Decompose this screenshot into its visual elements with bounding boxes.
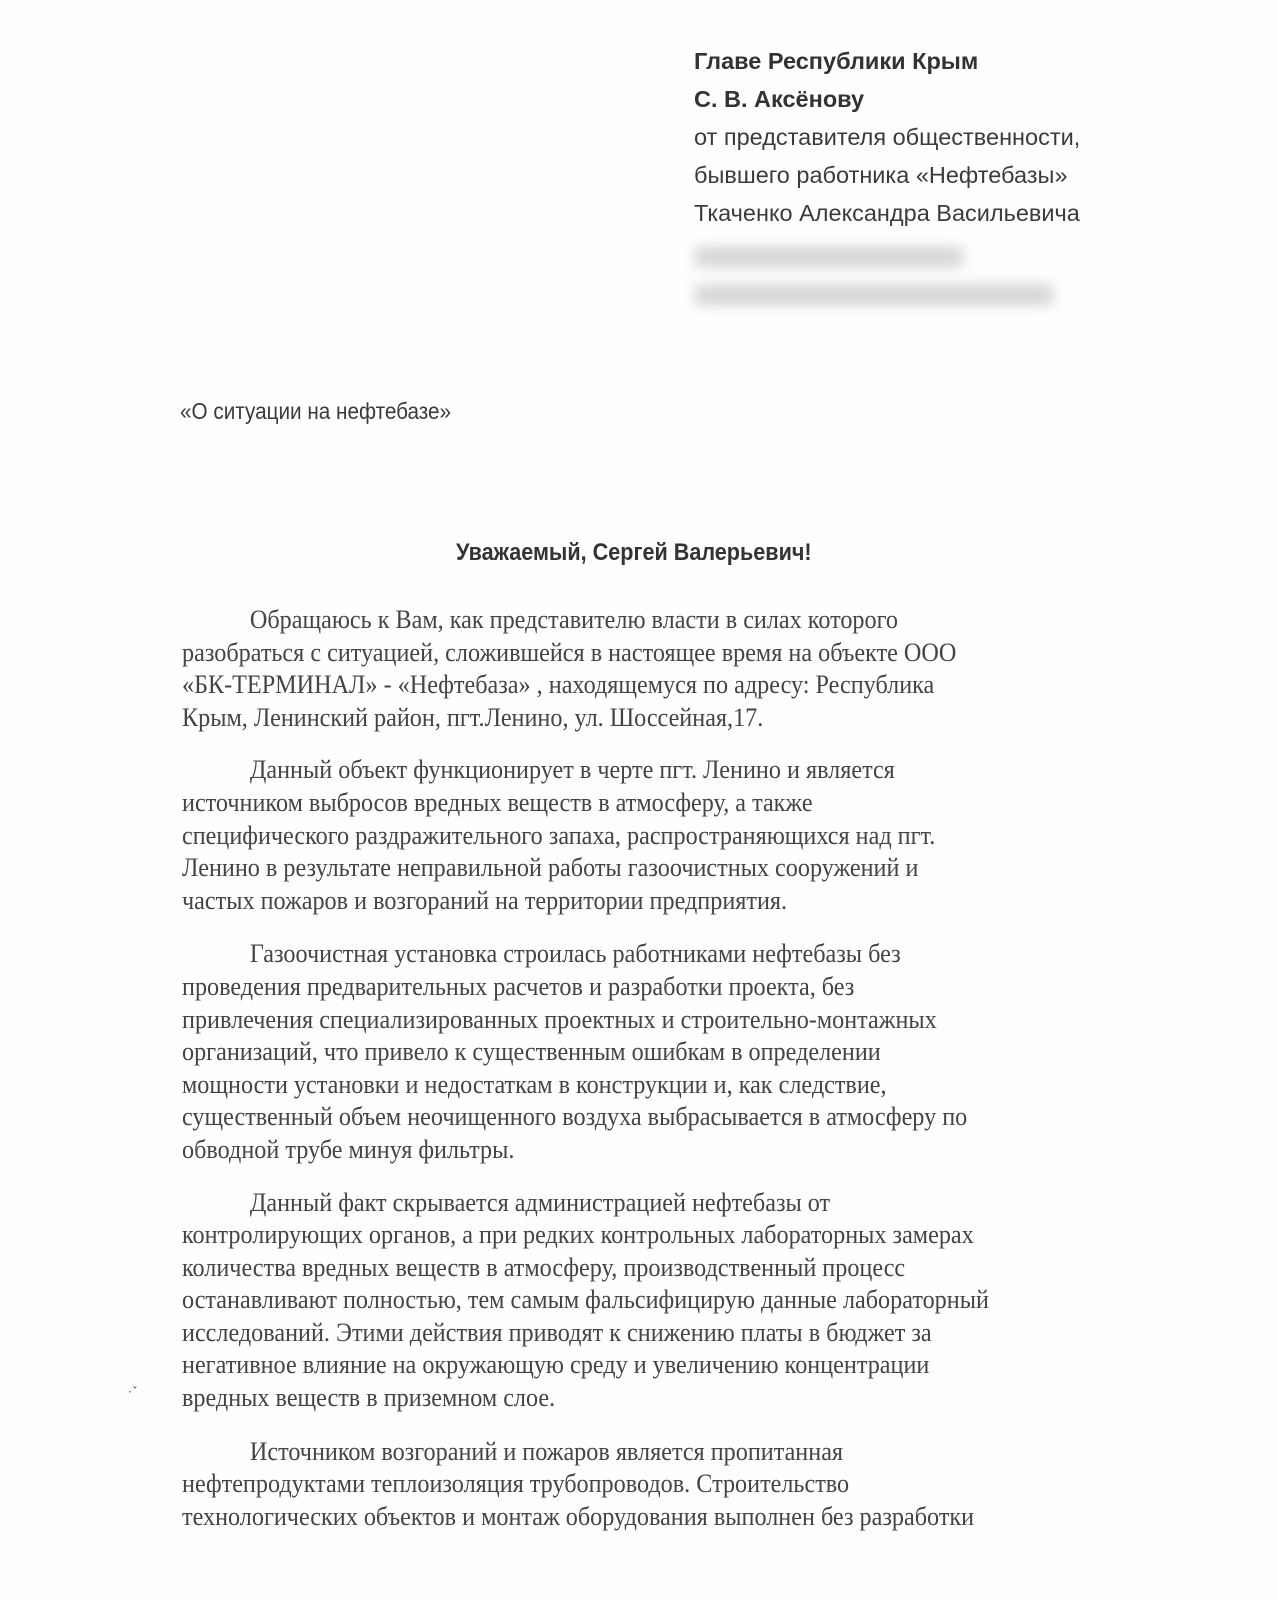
text-line: количества вредных веществ в атмосферу, …	[182, 1252, 1075, 1285]
text-line: останавливают полностью, тем самым фальс…	[182, 1284, 1075, 1317]
text-line: Источником возгораний и пожаров является…	[182, 1436, 1075, 1469]
addressee-name: С. В. Аксёнову	[694, 80, 1254, 118]
text-line: привлечения специализированных проектных…	[182, 1004, 1075, 1037]
paragraph-4: Данный факт скрывается администрацией не…	[182, 1187, 1142, 1415]
sender-name: Ткаченко Александра Васильевича	[694, 194, 1254, 232]
redacted-phone	[694, 246, 964, 268]
addressee-block: Главе Республики Крым С. В. Аксёнову от …	[694, 42, 1254, 306]
text-line: проведения предварительных расчетов и ра…	[182, 971, 1075, 1004]
redacted-email	[694, 284, 1054, 306]
text-line: исследований. Этими действия приводят к …	[182, 1317, 1075, 1350]
paragraph-5: Источником возгораний и пожаров является…	[182, 1436, 1142, 1534]
text-line: частых пожаров и возгораний на территори…	[182, 885, 1075, 918]
text-line: технологических объектов и монтаж оборуд…	[182, 1501, 1075, 1534]
text-line: контролирующих органов, а при редких кон…	[182, 1219, 1075, 1252]
text-line: организаций, что привело к существенным …	[182, 1036, 1075, 1069]
text-line: Данный объект функционирует в черте пгт.…	[182, 754, 1075, 787]
paragraph-2: Данный объект функционирует в черте пгт.…	[182, 754, 1142, 917]
text-line: Ленино в результате неправильной работы …	[182, 852, 1075, 885]
sender-role-detail: бывшего работника «Нефтебазы»	[694, 156, 1254, 194]
text-line: Обращаюсь к Вам, как представителю власт…	[182, 604, 1075, 637]
scan-speck: ·ˇ	[128, 1385, 138, 1399]
paragraph-1: Обращаюсь к Вам, как представителю власт…	[182, 604, 1142, 734]
text-line: специфического раздражительного запаха, …	[182, 820, 1075, 853]
text-line: вредных веществ в приземном слое.	[182, 1382, 1075, 1415]
text-line: существенный объем неочищенного воздуха …	[182, 1101, 1075, 1134]
salutation: Уважаемый, Сергей Валерьевич!	[456, 539, 812, 567]
letter-subject: «О ситуации на нефтебазе»	[180, 398, 451, 425]
addressee-title: Главе Республики Крым	[694, 42, 1254, 80]
paragraph-3: Газоочистная установка строилась работни…	[182, 938, 1142, 1166]
letter-page: Главе Республики Крым С. В. Аксёнову от …	[0, 0, 1278, 1600]
text-line: мощности установки и недостаткам в конст…	[182, 1069, 1075, 1102]
text-line: Газоочистная установка строилась работни…	[182, 938, 1075, 971]
text-line: Данный факт скрывается администрацией не…	[182, 1187, 1075, 1220]
text-line: источником выбросов вредных веществ в ат…	[182, 787, 1075, 820]
text-line: «БК-ТЕРМИНАЛ» - «Нефтебаза» , находящему…	[182, 669, 1075, 702]
text-line: разобраться с ситуацией, сложившейся в н…	[182, 637, 1075, 670]
letter-body: Обращаюсь к Вам, как представителю власт…	[182, 604, 1142, 1547]
text-line: Крым, Ленинский район, пгт.Ленино, ул. Ш…	[182, 702, 1075, 735]
text-line: нефтепродуктами теплоизоляция трубопрово…	[182, 1468, 1075, 1501]
text-line: обводной трубе минуя фильтры.	[182, 1134, 1075, 1167]
sender-role: от представителя общественности,	[694, 118, 1254, 156]
text-line: негативное влияние на окружающую среду и…	[182, 1349, 1075, 1382]
